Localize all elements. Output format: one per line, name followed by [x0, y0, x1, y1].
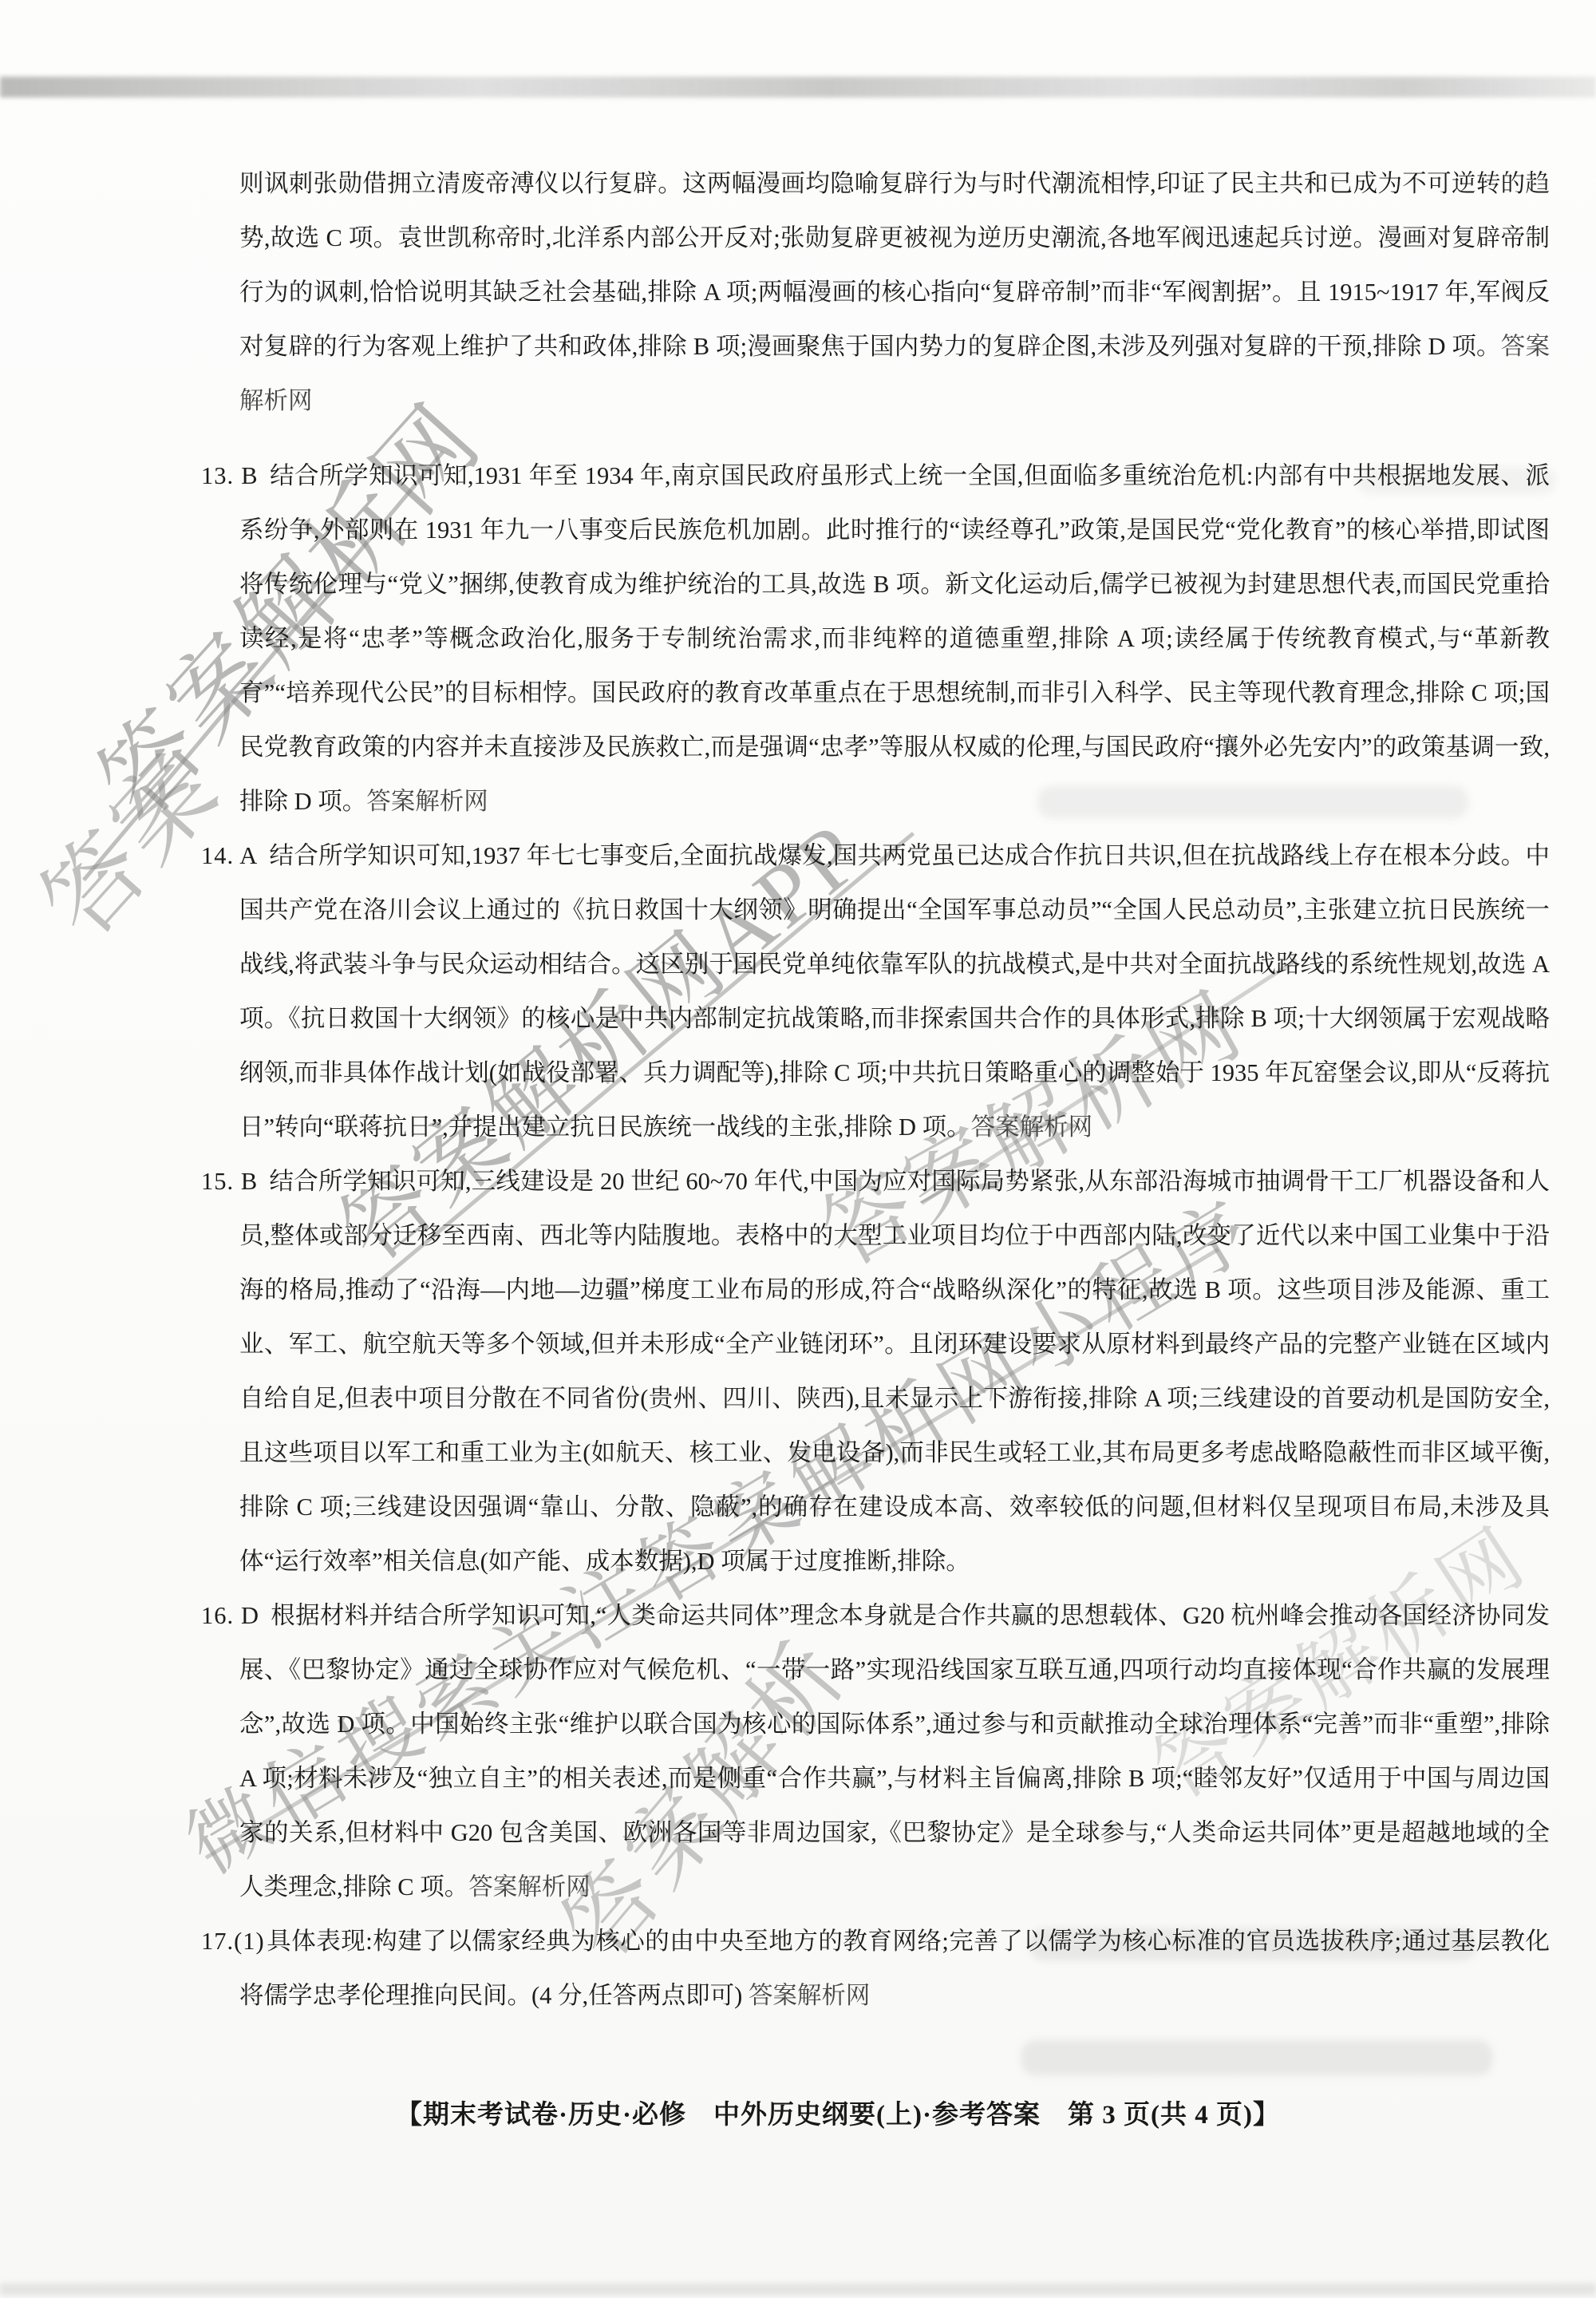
scan-bottom-shade: [0, 2284, 1596, 2295]
answer-item-label: 17.(1): [201, 1928, 265, 1955]
answer-item-text: 具体表现:构建了以儒家经典为核心的由中央至地方的教育网络;完善了以儒学为核心标准…: [239, 1928, 1550, 2009]
answer-item-16: 16. D根据材料并结合所学知识可知,“人类命运共同体”理念本身就是合作共赢的思…: [239, 1588, 1550, 1914]
answer-item-text: 根据材料并结合所学知识可知,“人类命运共同体”理念本身就是合作共赢的思想载体、G…: [239, 1602, 1550, 1900]
answer-item-text: 结合所学知识可知,三线建设是 20 世纪 60~70 年代,中国为应对国际局势紧…: [239, 1168, 1550, 1575]
answer-text: 则讽刺张勋借拥立清废帝溥仪以行复辟。这两幅漫画均隐喻复辟行为与时代潮流相悖,印证…: [239, 170, 1550, 360]
site-name-inline: 答案解析网: [971, 1113, 1093, 1141]
answer-item-label: 15. B: [201, 1168, 258, 1195]
scan-smudge: [1021, 2040, 1492, 2075]
site-name-inline: 答案解析网: [468, 1873, 591, 1900]
page-footer: 【期末考试卷·历史·必修 中外历史纲要(上)·参考答案 第 3 页(共 4 页)…: [239, 2098, 1436, 2133]
answer-item-text: 结合所学知识可知,1931 年至 1934 年,南京国民政府虽形式上统一全国,但…: [239, 462, 1550, 815]
answer-item-15: 15. B结合所学知识可知,三线建设是 20 世纪 60~70 年代,中国为应对…: [239, 1154, 1550, 1588]
answer-paragraph-continuation: 则讽刺张勋借拥立清废帝溥仪以行复辟。这两幅漫画均隐喻复辟行为与时代潮流相悖,印证…: [239, 156, 1550, 428]
answer-item-label: 14. A: [201, 842, 258, 869]
scanned-answer-page: 答案解析网 答案 答案解析网APP 答案解析网 微信搜索关注答案解析网小程序 答…: [0, 0, 1596, 2298]
site-name-inline: 答案解析网: [742, 1982, 870, 2009]
answer-item-label: 16. D: [201, 1602, 259, 1629]
scan-crease-band: [0, 77, 1596, 97]
answer-item-label: 13. B: [201, 462, 259, 489]
answer-item-text: 结合所学知识可知,1937 年七七事变后,全面抗战爆发,国共两党虽已达成合作抗日…: [239, 842, 1550, 1141]
answer-item-13: 13. B结合所学知识可知,1931 年至 1934 年,南京国民政府虽形式上统…: [239, 449, 1550, 829]
site-name-inline: 答案解析网: [366, 788, 488, 815]
answer-item-14: 14. A结合所学知识可知,1937 年七七事变后,全面抗战爆发,国共两党虽已达…: [239, 829, 1550, 1154]
answer-key-body: 则讽刺张勋借拥立清废帝溥仪以行复辟。这两幅漫画均隐喻复辟行为与时代潮流相悖,印证…: [239, 156, 1550, 2023]
answer-item-17: 17.(1)具体表现:构建了以儒家经典为核心的由中央至地方的教育网络;完善了以儒…: [239, 1914, 1550, 2023]
